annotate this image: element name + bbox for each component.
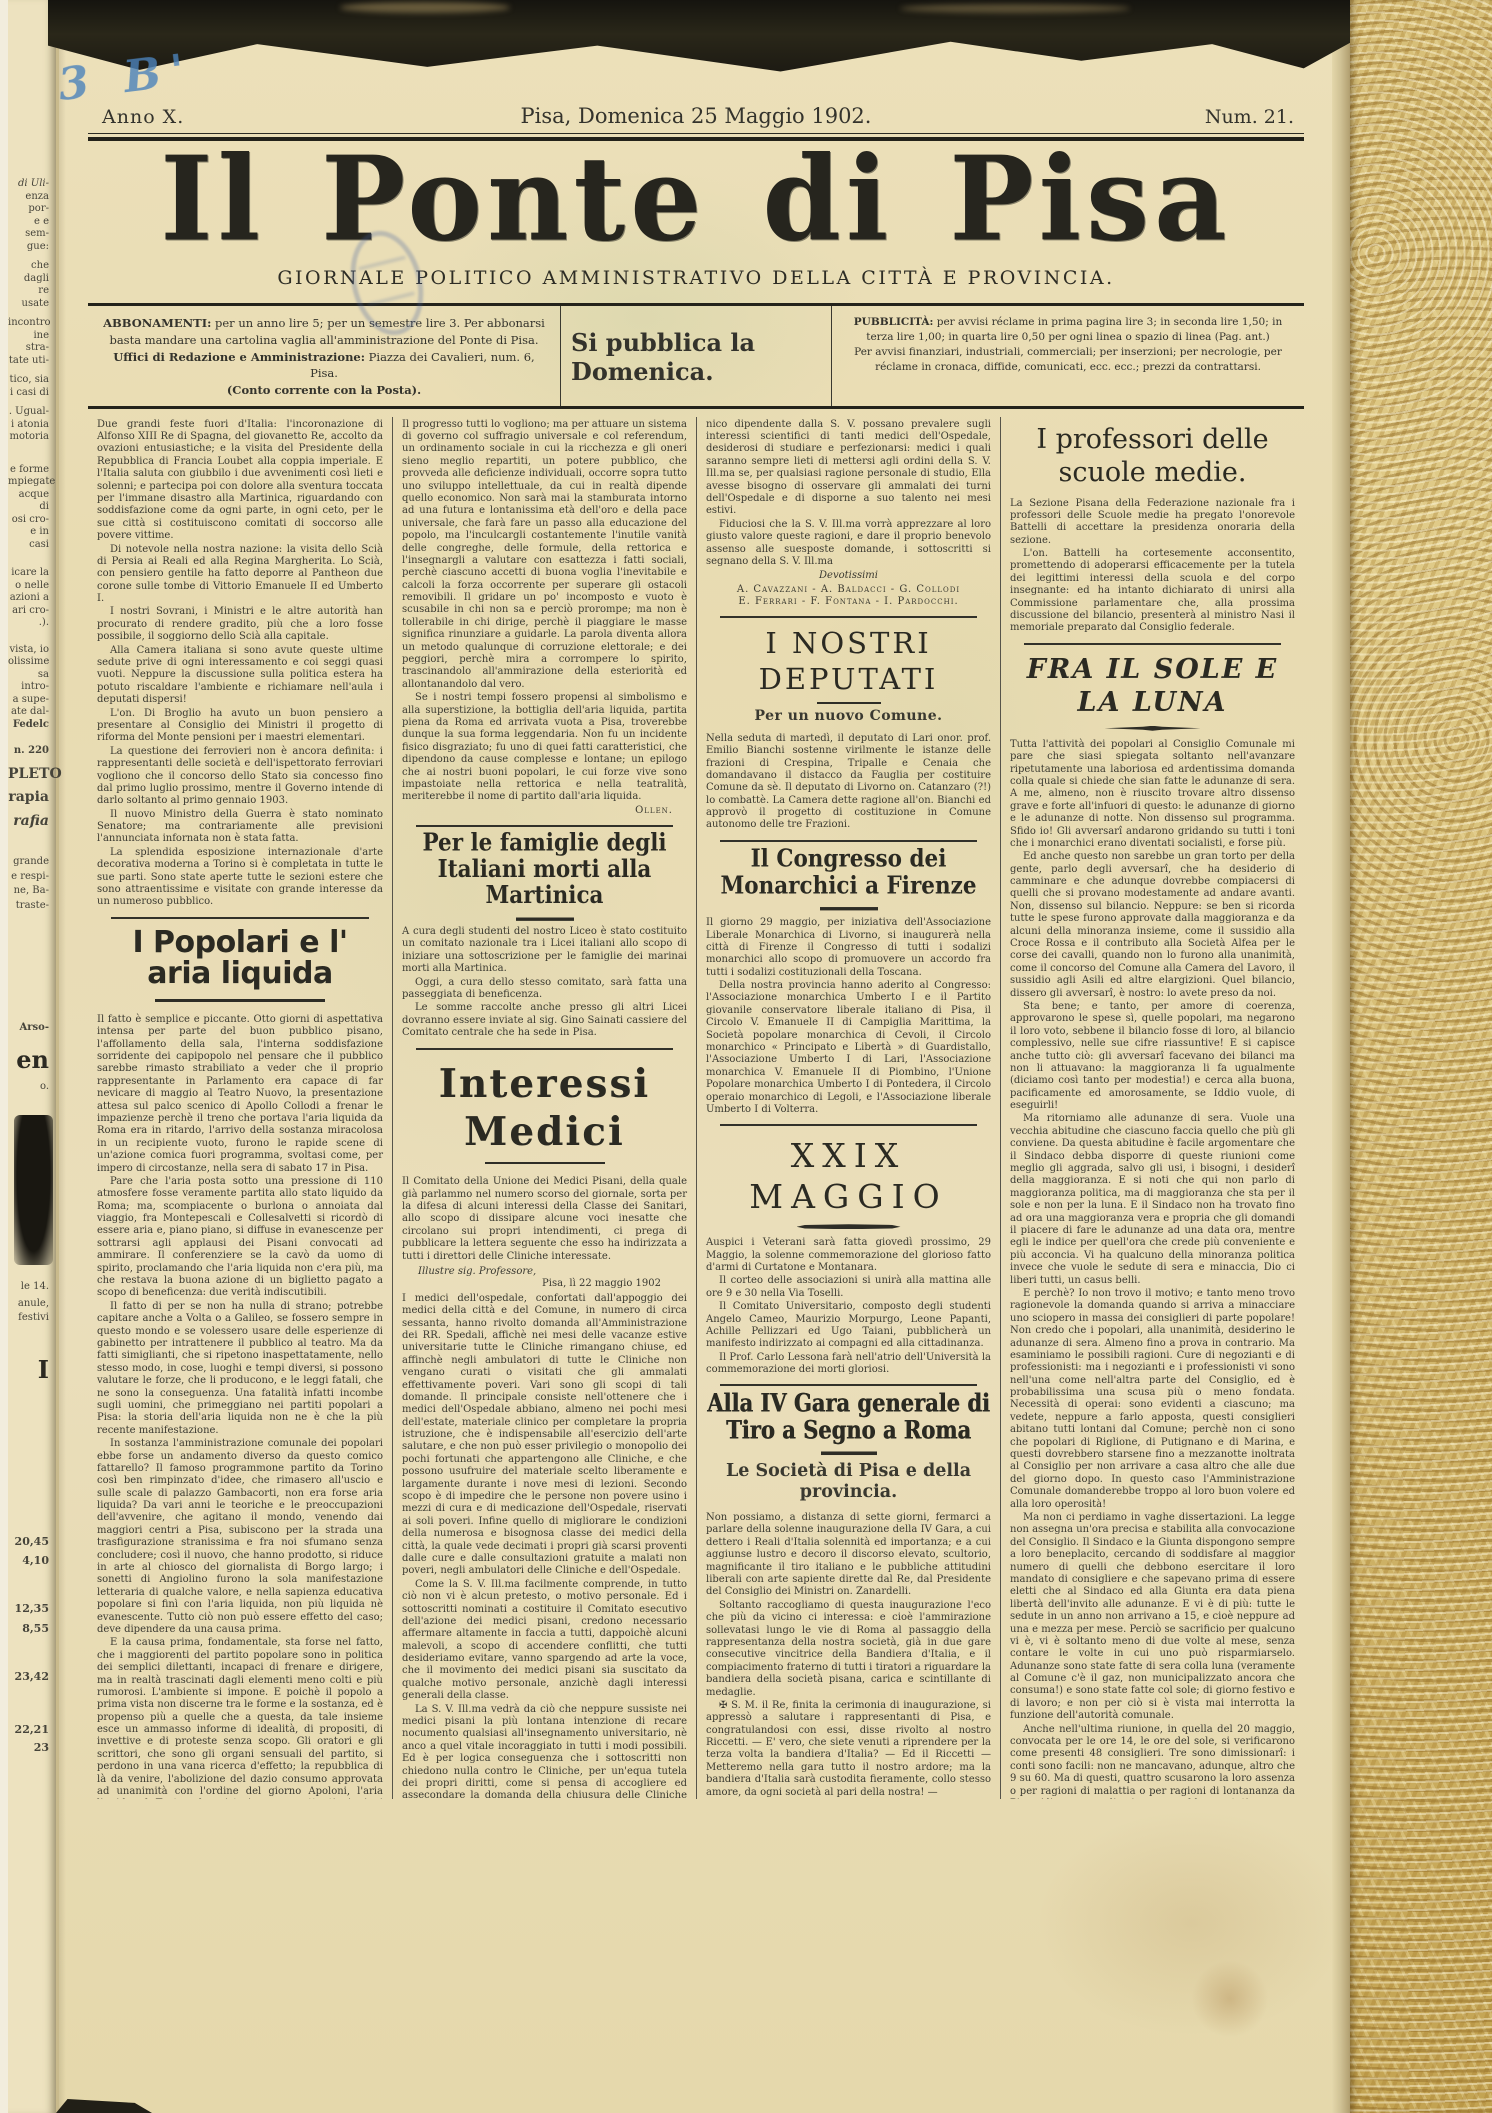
article-paragraph: I nostri Sovrani, i Ministri e le altre … [97,606,383,643]
newspaper-scan: Anno X. Pisa, Domenica 25 Maggio 1902. N… [0,0,1492,2113]
column-3: nico dipendente dalla S. V. possano prev… [696,417,1000,1799]
info-box: ABBONAMENTI: per un anno lire 5; per un … [88,303,1304,408]
adjacent-page-text-fragment: a supe- [8,694,56,707]
article-divider [720,840,977,842]
article-paragraph: Il fatto di per se non ha nulla di stran… [97,1301,383,1437]
article-paragraph: Ma non ci perdiamo in vaghe dissertazion… [1010,1512,1295,1723]
article-paragraph: Le somme raccolte anche presso gli altri… [402,1002,687,1039]
adjacent-page-text-fragment: i atonia [8,419,56,432]
article-paragraph: Auspici i Veterani sarà fatta giovedì pr… [706,1237,991,1274]
article-divider [416,1048,673,1050]
column-4: I professori delle scuole medie.La Sezio… [1000,417,1304,1799]
adjacent-page-text-fragment: n. 220 [8,745,56,758]
article-paragraph: Oggi, a cura dello stesso comitato, sarà… [402,977,687,1002]
article-paragraph: In sostanza l'amministrazione comunale d… [97,1438,383,1636]
article-paragraph: E perchè? Io non trovo il motivo; e tant… [1010,1288,1295,1511]
adjacent-page-text-fragment: o. [8,1081,56,1094]
issue-date: Pisa, Domenica 25 Maggio 1902. [88,104,1304,128]
scan-smudge [340,2,510,13]
adjacent-page-text-fragment: festivi [8,1312,56,1325]
subscription-info: ABBONAMENTI: per un anno lire 5; per un … [88,306,560,405]
adjacent-page-text-fragment: .). [8,617,56,630]
article-paragraph: Alla Camera italiana si sono avute quest… [97,645,383,707]
article-paragraph: Nella seduta di martedì, il deputato di … [706,733,991,832]
adjacent-page-text-fragment: ate dal- [8,706,56,719]
article-paragraph: Tutta l'attività dei popolari al Consigl… [1010,739,1295,851]
adjacent-page-text-fragment: re usate [8,285,56,310]
adjacent-page-text-fragment: en [8,1045,56,1075]
adjacent-page-text-fragment: tate uti- [8,355,56,368]
adjacent-page-text-fragment: ne, Ba- [8,885,56,898]
article-paragraph: Il Prof. Carlo Lessona farà nell'atrio d… [706,1352,991,1377]
article-headline: Il Congresso dei Monarchici a Firenze [706,846,991,910]
article-headline: I Popolari e l' aria liquida [97,927,383,1002]
article-paragraph: A. Cavazzani - A. Baldacci - G. Collodi [706,584,991,596]
newspaper-page: Anno X. Pisa, Domenica 25 Maggio 1902. N… [56,0,1332,2113]
article-divider [720,1384,977,1386]
article-headline: Alla IV Gara generale di Tiro a Segno a … [706,1389,991,1455]
adjacent-page-text-fragment: osi cro- [8,514,56,527]
adjacent-page-ink-blob [14,1115,53,1265]
article-paragraph: Il corteo delle associazioni si unirà al… [706,1275,991,1300]
masthead-title: Il Ponte di Pisa [76,141,1316,260]
adjacent-page-text-fragment: 23,42 [8,1670,56,1684]
column-1: Due grandi feste fuori d'Italia: l'incor… [88,417,392,1799]
article-headline: Per un nuovo Comune. [706,708,991,725]
adjacent-page-text-fragment: 4,10 [8,1554,56,1568]
article-paragraph: L'on. Battelli ha cortesemente acconsent… [1010,548,1295,635]
article-paragraph: Ma ritorniamo alle adunanze di sera. Vuo… [1010,1113,1295,1286]
article-paragraph: Pisa, lì 22 maggio 1902 [402,1278,687,1290]
adjacent-page-text-fragment: vista, io [8,644,56,657]
adjacent-page-text-fragment: i casi di [8,387,56,400]
adjacent-page-text-fragment: olissime [8,656,56,669]
page-header: Anno X. Pisa, Domenica 25 Maggio 1902. N… [88,92,1304,128]
article-paragraph: Della nostra provincia hanno aderito al … [706,980,991,1116]
adjacent-page-text-fragment: PLETO [8,766,56,784]
info-box-line: Uffici di Redazione e Amministrazione: P… [98,349,550,382]
article-paragraph: Il fatto è semplice e piccante. Otto gio… [97,1014,383,1175]
info-box-line: Per avvisi finanziari, industriali, comm… [842,345,1294,375]
article-paragraph: La Sezione Pisana della Federazione nazi… [1010,498,1295,548]
article-divider [720,616,977,618]
article-paragraph: Non possiamo, a distanza di sette giorni… [706,1512,991,1599]
adjacent-page-text-fragment: icare la [8,567,56,580]
article-paragraph: Soltanto raccogliamo di questa inauguraz… [706,1600,991,1699]
article-paragraph: Se i nostri tempi fossero propensi al si… [402,692,687,804]
adjacent-page-text-fragment: che dagli [8,260,56,285]
article-paragraph: Sta bene; e tanto, per amore di coerenza… [1010,1001,1295,1113]
adjacent-page-text-fragment: gue: [8,241,56,254]
article-divider [111,917,369,919]
adjacent-page-text-fragment: 20,45 [8,1535,56,1549]
adjacent-page-text-fragment: acque di [8,489,56,514]
adjacent-page-text-fragment: mpiegate [8,476,56,489]
article-headline: FRA IL SOLE E LA LUNA [1010,653,1295,731]
article-divider [416,825,673,827]
adjacent-page-text-fragment: rapia [8,789,56,807]
publication-day: Si pubblica la Domenica. [560,306,832,405]
article-paragraph: nico dipendente dalla S. V. possano prev… [706,419,991,518]
adjacent-page-edge: di Uli-enza por-e e sem-gue:che daglire … [8,0,59,2113]
article-headline: Le Società di Pisa e della provincia. [706,1461,991,1504]
article-divider [720,1124,977,1126]
adjacent-page-text-fragment: rafia [8,813,56,831]
article-paragraph: Il Comitato Universitario, composto degl… [706,1301,991,1351]
adjacent-page-text-fragment: incontro [8,317,56,330]
adjacent-page-text-fragment: 12,35 [8,1602,56,1616]
adjacent-page-text-fragment: e forme [8,464,56,477]
article-divider [1024,643,1281,645]
info-box-line: (Conto corrente con la Posta). [98,382,550,399]
adjacent-page-text-fragment: e respi- [8,871,56,884]
adjacent-page-text-fragment: ine stra- [8,330,56,355]
article-paragraph: Due grandi feste fuori d'Italia: l'incor… [97,419,383,543]
article-headline: Interessi Medici [402,1060,687,1165]
adjacent-page-text-fragment: traste- [8,900,56,913]
article-headline: I professori delle scuole medie. [1010,423,1295,490]
article-headline: XXIX MAGGIO [706,1136,991,1229]
adjacent-page-text-fragment: o nelle [8,580,56,593]
info-box-line: PUBBLICITÀ: per avvisi réclame in prima … [842,315,1294,345]
adjacent-page-text-fragment: 23 [8,1741,56,1755]
adjacent-page-text-fragment: azioni a [8,592,56,605]
adjacent-page-text-fragment: ari cro- [8,605,56,618]
article-paragraph: I medici dell'ospedale, confortati dall'… [402,1293,687,1578]
adjacent-page-text-fragment: e in casi [8,526,56,551]
article-paragraph: E la causa prima, fondamentale, sta fors… [97,1637,383,1798]
article-paragraph: Di notevole nella nostra nazione: la vis… [97,544,383,606]
info-box-line: ABBONAMENTI: per un anno lire 5; per un … [98,315,550,348]
issue-number: Num. 21. [1205,106,1294,128]
article-paragraph: Come la S. V. Ill.ma facilmente comprend… [402,1579,687,1703]
advertising-rates: PUBBLICITÀ: per avvisi réclame in prima … [832,306,1304,405]
adjacent-page-text-fragment: grande [8,856,56,869]
adjacent-page-text-fragment: le 14. [8,1281,56,1294]
scan-smudge [900,4,1130,13]
adjacent-page-text-fragment: anule, [8,1298,56,1311]
article-paragraph: L'on. Di Broglio ha avuto un buon pensie… [97,708,383,745]
article-paragraph: Illustre sig. Professore, [402,1266,687,1278]
adjacent-page-text-fragment: tico, sia [8,374,56,387]
marbled-binding-paper [1350,0,1492,2113]
article-paragraph: Fiduciosi che la S. V. Ill.ma vorrà appr… [706,519,991,569]
article-paragraph: A cura degli studenti del nostro Liceo è… [402,926,687,976]
adjacent-page-text-fragment: . Ugual- [8,406,56,419]
adjacent-page-text-fragment: e e sem- [8,216,56,241]
article-paragraph: La splendida esposizione internazionale … [97,847,383,909]
column-2: Il progresso tutti lo vogliono; ma per a… [392,417,696,1799]
article-headline: Per le famiglie degli Italiani morti all… [402,830,687,921]
adjacent-page-text-fragment: sa intro- [8,669,56,694]
adjacent-page-text-fragment: motoria [8,431,56,444]
article-paragraph: Il progresso tutti lo vogliono; ma per a… [402,419,687,692]
article-paragraph: La questione dei ferrovieri non è ancora… [97,746,383,808]
article-paragraph: Il nuovo Ministro della Guerra è stato n… [97,809,383,846]
adjacent-page-text-fragment: Fedelc [8,719,56,732]
article-columns: Due grandi feste fuori d'Italia: l'incor… [88,417,1304,1799]
article-paragraph: Il Comitato della Unione dei Medici Pisa… [402,1176,687,1263]
article-paragraph: Il giorno 29 maggio, per iniziativa dell… [706,917,991,979]
article-paragraph: Pare che l'aria posta sotto una pression… [97,1176,383,1300]
adjacent-page-text-fragment: 8,55 [8,1622,56,1636]
adjacent-page-text-fragment: 22,21 [8,1723,56,1737]
article-paragraph: Ollen. [402,805,687,817]
article-paragraph: La S. V. Ill.ma vedrà da ciò che neppure… [402,1704,687,1799]
article-paragraph: Anche nell'ultima riunione, in quella de… [1010,1724,1295,1799]
article-paragraph: Devotissimi [706,570,991,582]
article-paragraph: E. Ferrari - F. Fontana - I. Pardocchi. [706,596,991,608]
article-headline: I NOSTRI DEPUTATI [706,626,991,704]
article-paragraph: Ed anche questo non sarebbe un gran tort… [1010,851,1295,1000]
adjacent-page-text-fragment: enza por- [8,191,56,216]
adjacent-page-text-fragment: di Uli- [8,178,56,191]
adjacent-page-text-fragment: I [8,1355,56,1385]
adjacent-page-text-fragment: Arso- [8,1022,56,1035]
masthead-subtitle: GIORNALE POLITICO AMMINISTRATIVO DELLA C… [76,267,1316,289]
article-paragraph: ✠ S. M. il Re, finita la cerimonia di in… [706,1700,991,1799]
